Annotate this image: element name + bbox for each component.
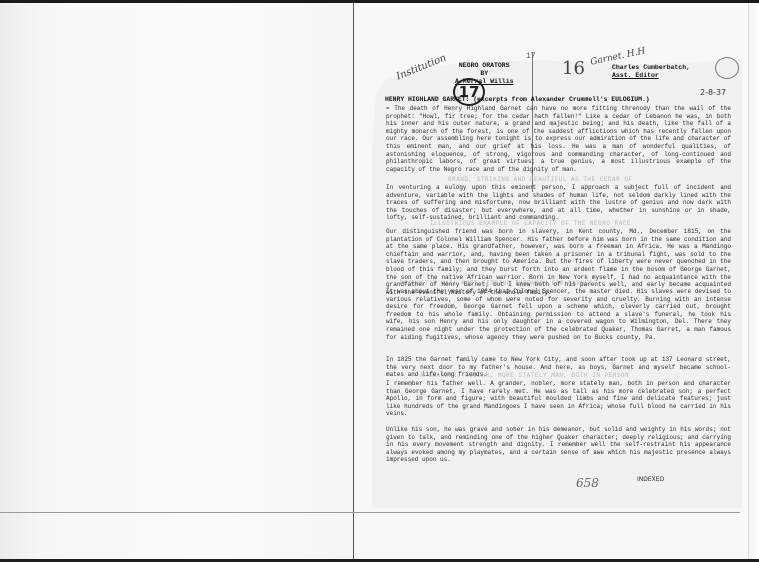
handwritten-page-number: 16	[562, 58, 585, 79]
fold-line	[0, 512, 740, 513]
document-date: 2-8-37	[700, 88, 726, 97]
paragraph: I remember his father well. A grander, n…	[386, 380, 731, 418]
page-edge	[748, 3, 759, 559]
paragraph: Unlike his son, he was grave and sober i…	[386, 426, 731, 464]
typed-page-number: 17	[526, 52, 536, 61]
paragraph: In venturing a eulogy upon this eminent …	[386, 184, 731, 222]
handwritten-bottom-number: 658	[576, 476, 599, 490]
editor-name: Charles Cumberbatch,	[612, 64, 690, 72]
editor-block: Charles Cumberbatch, Asst. Editor	[612, 64, 690, 80]
indexed-stamp: INDEXED	[637, 476, 664, 483]
by-line: BY	[455, 70, 514, 78]
circled-mark-icon	[715, 57, 739, 79]
paragraph: Our distinguished friend was born in sla…	[386, 228, 731, 296]
series-title: NEGRO ORATORS	[455, 62, 514, 70]
paragraph: It was about the year of 1824 that Colon…	[386, 288, 731, 341]
paragraph: In 1825 the Garnet family came to New Yo…	[386, 356, 731, 379]
document-title: HENRY HIGHLAND GARNET: (excerpts from Al…	[385, 96, 650, 103]
editor-role: Asst. Editor	[612, 72, 690, 80]
bleed-through-text: GRAND, STRIKING AND BEAUTIFUL AS THE CED…	[448, 176, 633, 183]
blank-left-page	[0, 3, 354, 559]
paragraph: = The death of Henry Highland Garnet can…	[386, 105, 731, 173]
